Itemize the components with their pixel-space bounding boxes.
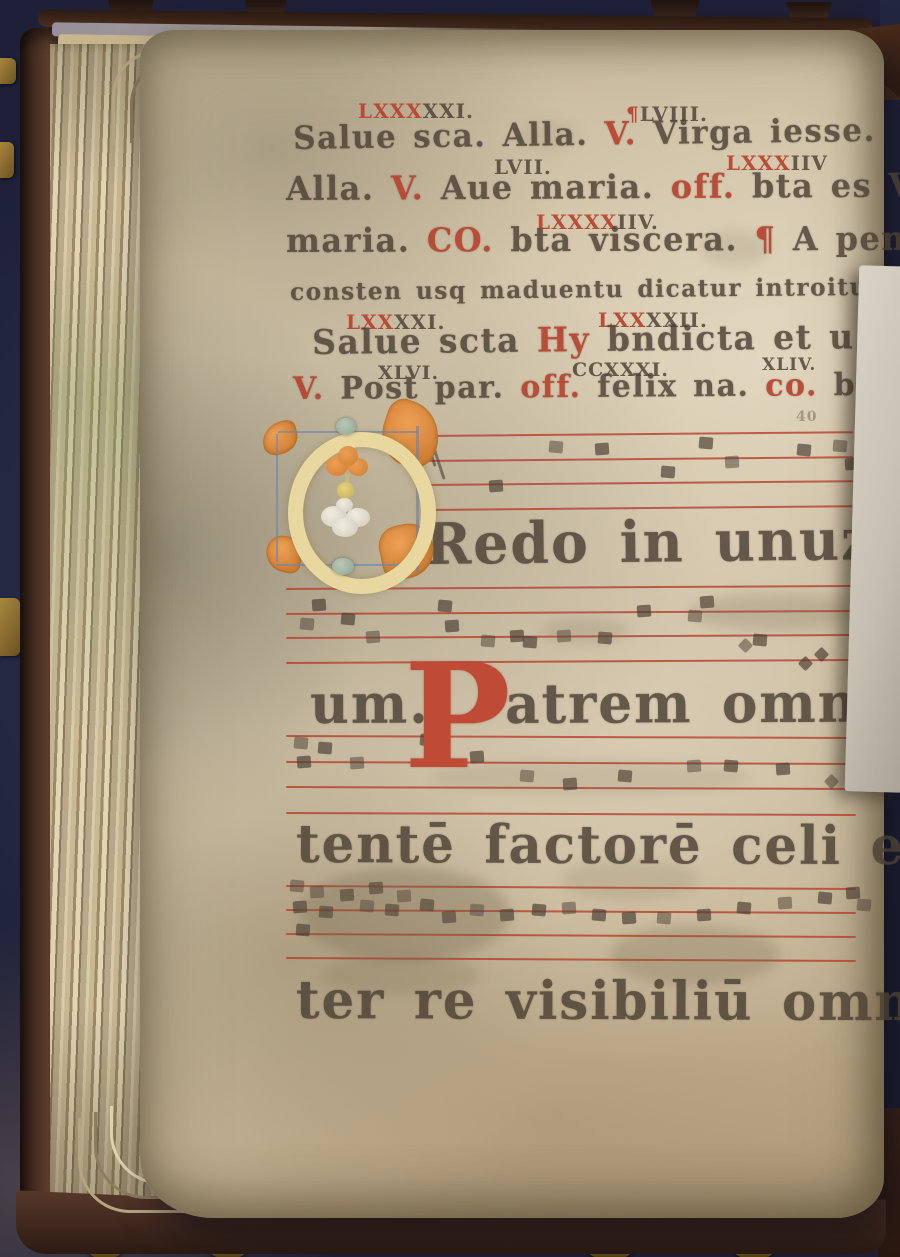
rubric-text: ¶ [754, 219, 792, 258]
gothic-text: ter re visibiliū omni [296, 969, 900, 1033]
rubric-line: Alla. V. Aue maria. off. bta es Vir [286, 169, 900, 205]
initial-bud [336, 418, 356, 435]
rubric-line: consten usq maduentu dicatur introitus. [290, 275, 892, 304]
gothic-text: Alla. [502, 115, 605, 154]
gothic-text: Salue scta [312, 321, 537, 363]
chant-text-line: Redo in unuz de [425, 510, 900, 573]
gothic-text: Salue sca. [293, 116, 503, 157]
gothic-text: tentē factorē celi et [296, 813, 900, 877]
gothic-text: felix na. [597, 368, 765, 405]
rubricated-initial-P: P [404, 645, 511, 790]
initial-center-dot [337, 482, 354, 499]
gothic-text: bta es Vir [752, 166, 900, 206]
text-layer: Salue sca. Alla. V. Virga iesse.Alla. V.… [0, 0, 900, 1257]
rubric-text: V. [293, 371, 341, 407]
rubric-text: off. [520, 369, 597, 406]
gothic-text: Virga iesse. [653, 111, 876, 152]
gothic-text: bta viscera. [510, 219, 754, 259]
gothic-text: atrem omnipo [505, 669, 900, 736]
gothic-text: Alla. [286, 168, 391, 208]
initial-flower-quatrefoil [332, 518, 358, 537]
initial-flower-quatrefoil [336, 498, 353, 512]
gothic-text: bndicta et u. [607, 317, 885, 360]
rubric-text: V. [391, 168, 441, 207]
photograph-of-manuscript: LXXXXXI.¶LVIII.LVII.LXXXIIVLXXXXIIV.LXXX… [0, 0, 900, 1257]
initial-bud [332, 558, 354, 575]
initial-flower-trefoil [338, 446, 358, 466]
rubric-line: Salue sca. Alla. V. Virga iesse. [293, 114, 876, 154]
rubric-text: CO. [427, 220, 511, 259]
rubric-line: maria. CO. bta viscera. ¶ A pente [286, 222, 900, 257]
chant-text-line: tentē factorē celi et [296, 818, 900, 873]
rubric-text: Hy [537, 320, 607, 361]
gothic-text: consten usq maduentu dicatur introitus. [290, 272, 892, 306]
rubric-text: off. [671, 167, 752, 206]
rubric-line: Salue scta Hy bndicta et u. Alla [312, 319, 900, 360]
gothic-text: A pente [793, 219, 900, 259]
illuminated-initial-C [266, 418, 434, 576]
rubric-text: V. [604, 114, 653, 153]
initial-frame-line [276, 434, 278, 562]
gothic-text: Post par. [340, 369, 520, 406]
rubric-text: co. [765, 367, 834, 403]
chant-text-line: ter re visibiliū omni [296, 974, 900, 1029]
gothic-text: maria. [286, 221, 427, 260]
gothic-text: Redo in unuz de [425, 505, 900, 578]
rubric-line: V. Post par. off. felix na. co. bta m [293, 369, 900, 405]
gothic-text: Aue maria. [441, 167, 671, 207]
chant-text-line: atrem omnipo [505, 674, 900, 731]
